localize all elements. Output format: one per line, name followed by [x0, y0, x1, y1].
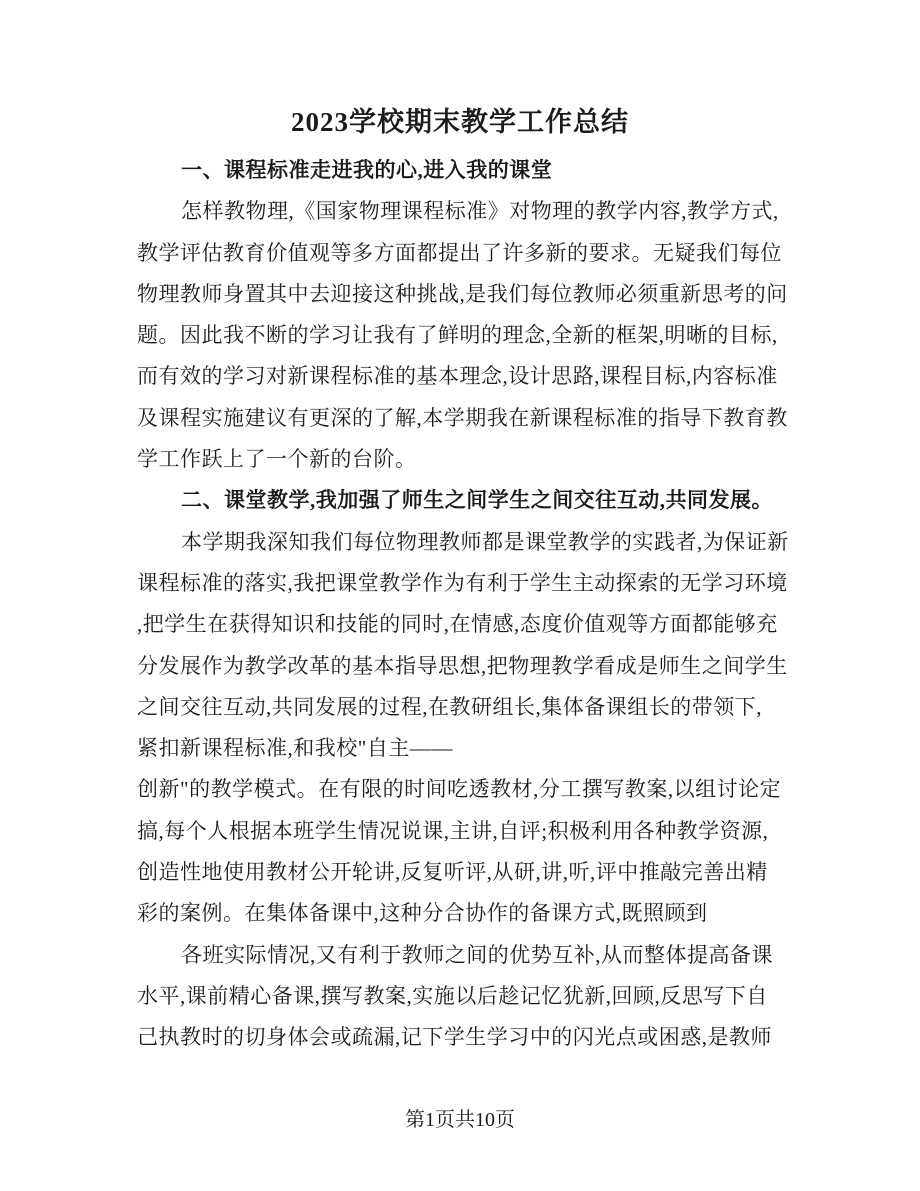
text-line: 题。因此我不断的学习让我有了鲜明的理念,全新的框架,明晰的目标, [137, 315, 850, 356]
text-line: 教学评估教育价值观等多方面都提出了许多新的要求。无疑我们每位 [137, 233, 850, 274]
text-line: 学工作跃上了一个新的台阶。 [137, 439, 850, 480]
text-line: 本学期我深知我们每位物理教师都是课堂教学的实践者,为保证新 [137, 522, 850, 563]
text-line: 分发展作为教学改革的基本指导思想,把物理教学看成是师生之间学生 [137, 646, 850, 687]
text-line: 之间交往互动,共同发展的过程,在教研组长,集体备课组长的带领下, [137, 687, 850, 728]
text-line: 创造性地使用教材公开轮讲,反复听评,从研,讲,听,评中推敲完善出精 [137, 852, 850, 893]
text-line: 各班实际情况,又有利于教师之间的优势互补,从而整体提高备课 [137, 935, 850, 976]
text-line: 己执教时的切身体会或疏漏,记下学生学习中的闪光点或困惑,是教师 [137, 1017, 850, 1058]
text-line: 而有效的学习对新课程标准的基本理念,设计思路,课程目标,内容标准 [137, 356, 850, 397]
text-line: 怎样教物理,《国家物理课程标准》对物理的教学内容,教学方式, [137, 191, 850, 232]
text-line: 水平,课前精心备课,撰写教案,实施以后趁记忆犹新,回顾,反思写下自 [137, 976, 850, 1017]
text-line: 创新"的教学模式。在有限的时间吃透教材,分工撰写教案,以组讨论定 [137, 769, 850, 810]
text-line: 课程标准的落实,我把课堂教学作为有利于学生主动探索的无学习环境 [137, 563, 850, 604]
document-body: 一、课程标准走进我的心,进入我的课堂怎样教物理,《国家物理课程标准》对物理的教学… [0, 150, 920, 1059]
text-line: 彩的案例。在集体备课中,这种分合协作的备课方式,既照顾到 [137, 893, 850, 934]
document-page: 2023学校期末教学工作总结 一、课程标准走进我的心,进入我的课堂怎样教物理,《… [0, 0, 920, 1191]
section-heading: 一、课程标准走进我的心,进入我的课堂 [137, 150, 850, 191]
text-line: ,把学生在获得知识和技能的同时,在情感,态度价值观等方面都能够充 [137, 604, 850, 645]
text-line: 物理教师身置其中去迎接这种挑战,是我们每位教师必须重新思考的问 [137, 274, 850, 315]
text-line: 搞,每个人根据本班学生情况说课,主讲,自评;积极利用各种教学资源, [137, 811, 850, 852]
document-title: 2023学校期末教学工作总结 [0, 0, 920, 144]
page-footer: 第1页共10页 [0, 1106, 920, 1134]
section-heading: 二、课堂教学,我加强了师生之间学生之间交往互动,共同发展。 [137, 480, 850, 521]
text-line: 紧扣新课程标准,和我校"自主—— [137, 728, 850, 769]
page-number: 第1页共10页 [405, 1109, 515, 1131]
text-line: 及课程实施建议有更深的了解,本学期我在新课程标准的指导下教育教 [137, 398, 850, 439]
